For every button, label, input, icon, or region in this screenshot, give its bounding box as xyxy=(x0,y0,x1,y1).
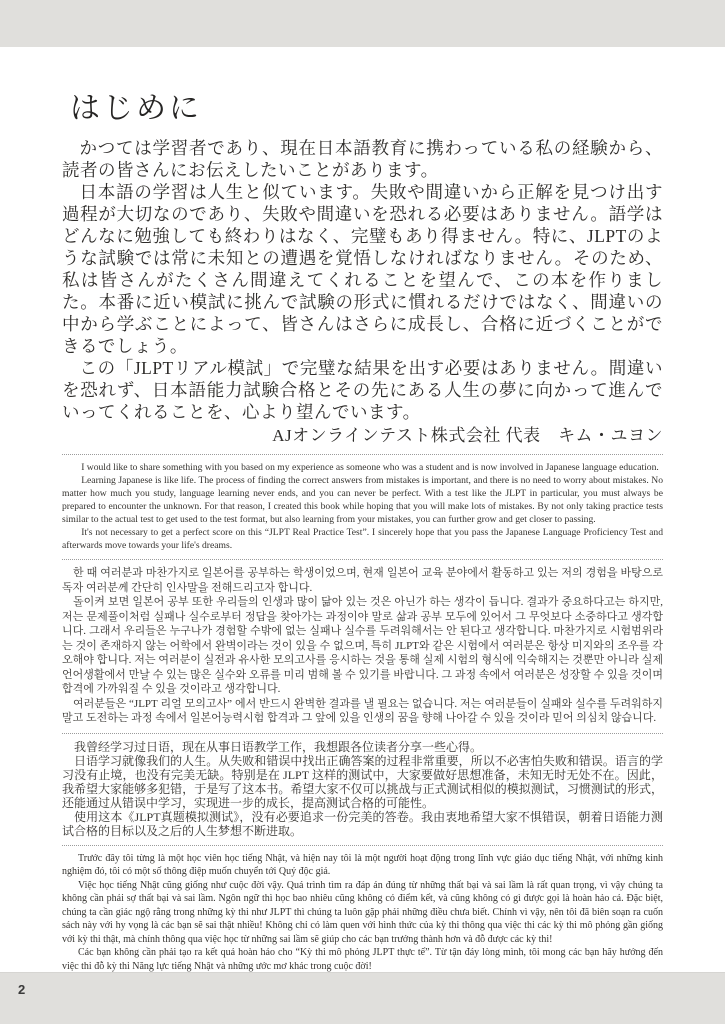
page-content: はじめに かつては学習者であり、現在日本語教育に携わっている私の経験から、読者の… xyxy=(0,47,725,973)
section-korean: 한 때 여러분과 마찬가지로 일본어를 공부하는 학생이었으며, 현재 일본어 … xyxy=(62,566,663,726)
korean-paragraph-3: 여러분들은 “JLPT 리얼 모의고사” 에서 반드시 완벽한 결과를 낼 필요… xyxy=(62,697,663,726)
chinese-paragraph-1: 我曾经学习过日语，现在从事日语教学工作，我想跟各位读者分享一些心得。 xyxy=(62,740,663,754)
section-divider-3 xyxy=(62,733,663,734)
korean-paragraph-2: 돌이켜 보면 일본어 공부 또한 우리들의 인생과 많이 닮아 있는 것은 아닌… xyxy=(62,595,663,697)
chinese-paragraph-2: 日语学习就像我们的人生。从失败和错误中找出正确答案的过程非常重要，所以不必害怕失… xyxy=(62,754,663,810)
page-margin-top xyxy=(0,0,725,48)
section-vietnamese: Trước đây tôi từng là một học viên học t… xyxy=(62,852,663,974)
book-page: { "page": { "number": "2" }, "title": "は… xyxy=(0,0,725,1024)
section-english: I would like to share something with you… xyxy=(62,461,663,552)
japanese-paragraph-3: この「JLPTリアル模試」で完璧な結果を出す必要はありません。間違いを恐れず、日… xyxy=(62,357,663,423)
chinese-paragraph-3: 使用这本《JLPT真题模拟测试》，没有必要追求一份完美的答卷。我由衷地希望大家不… xyxy=(62,810,663,838)
vietnamese-paragraph-3: Các bạn không cần phải tạo ra kết quả ho… xyxy=(62,946,663,973)
section-japanese: かつては学習者であり、現在日本語教育に携わっている私の経験から、読者の皆さんにお… xyxy=(62,137,663,447)
japanese-paragraph-1: かつては学習者であり、現在日本語教育に携わっている私の経験から、読者の皆さんにお… xyxy=(62,137,663,181)
english-paragraph-3: It's not necessary to get a perfect scor… xyxy=(62,526,663,552)
english-paragraph-1: I would like to share something with you… xyxy=(62,461,663,474)
section-divider-1 xyxy=(62,454,663,455)
section-chinese: 我曾经学习过日语，现在从事日语教学工作，我想跟各位读者分享一些心得。 日语学习就… xyxy=(62,740,663,838)
page-margin-bottom: 2 xyxy=(0,972,725,1024)
section-divider-4 xyxy=(62,845,663,846)
japanese-paragraph-2: 日本語の学習は人生と似ています。失敗や間違いから正解を見つけ出す過程が大切なので… xyxy=(62,181,663,357)
english-paragraph-2: Learning Japanese is like life. The proc… xyxy=(62,474,663,526)
vietnamese-paragraph-1: Trước đây tôi từng là một học viên học t… xyxy=(62,852,663,879)
section-divider-2 xyxy=(62,559,663,560)
vietnamese-paragraph-2: Việc học tiếng Nhật cũng giống như cuộc … xyxy=(62,879,663,947)
author-signature: AJオンラインテスト株式会社 代表 キム・ユヨン xyxy=(62,425,663,447)
page-number: 2 xyxy=(18,982,25,997)
korean-paragraph-1: 한 때 여러분과 마찬가지로 일본어를 공부하는 학생이었으며, 현재 일본어 … xyxy=(62,566,663,595)
page-title: はじめに xyxy=(70,91,663,127)
page-surface: はじめに かつては学習者であり、現在日本語教育に携わっている私の経験から、読者の… xyxy=(0,47,725,973)
